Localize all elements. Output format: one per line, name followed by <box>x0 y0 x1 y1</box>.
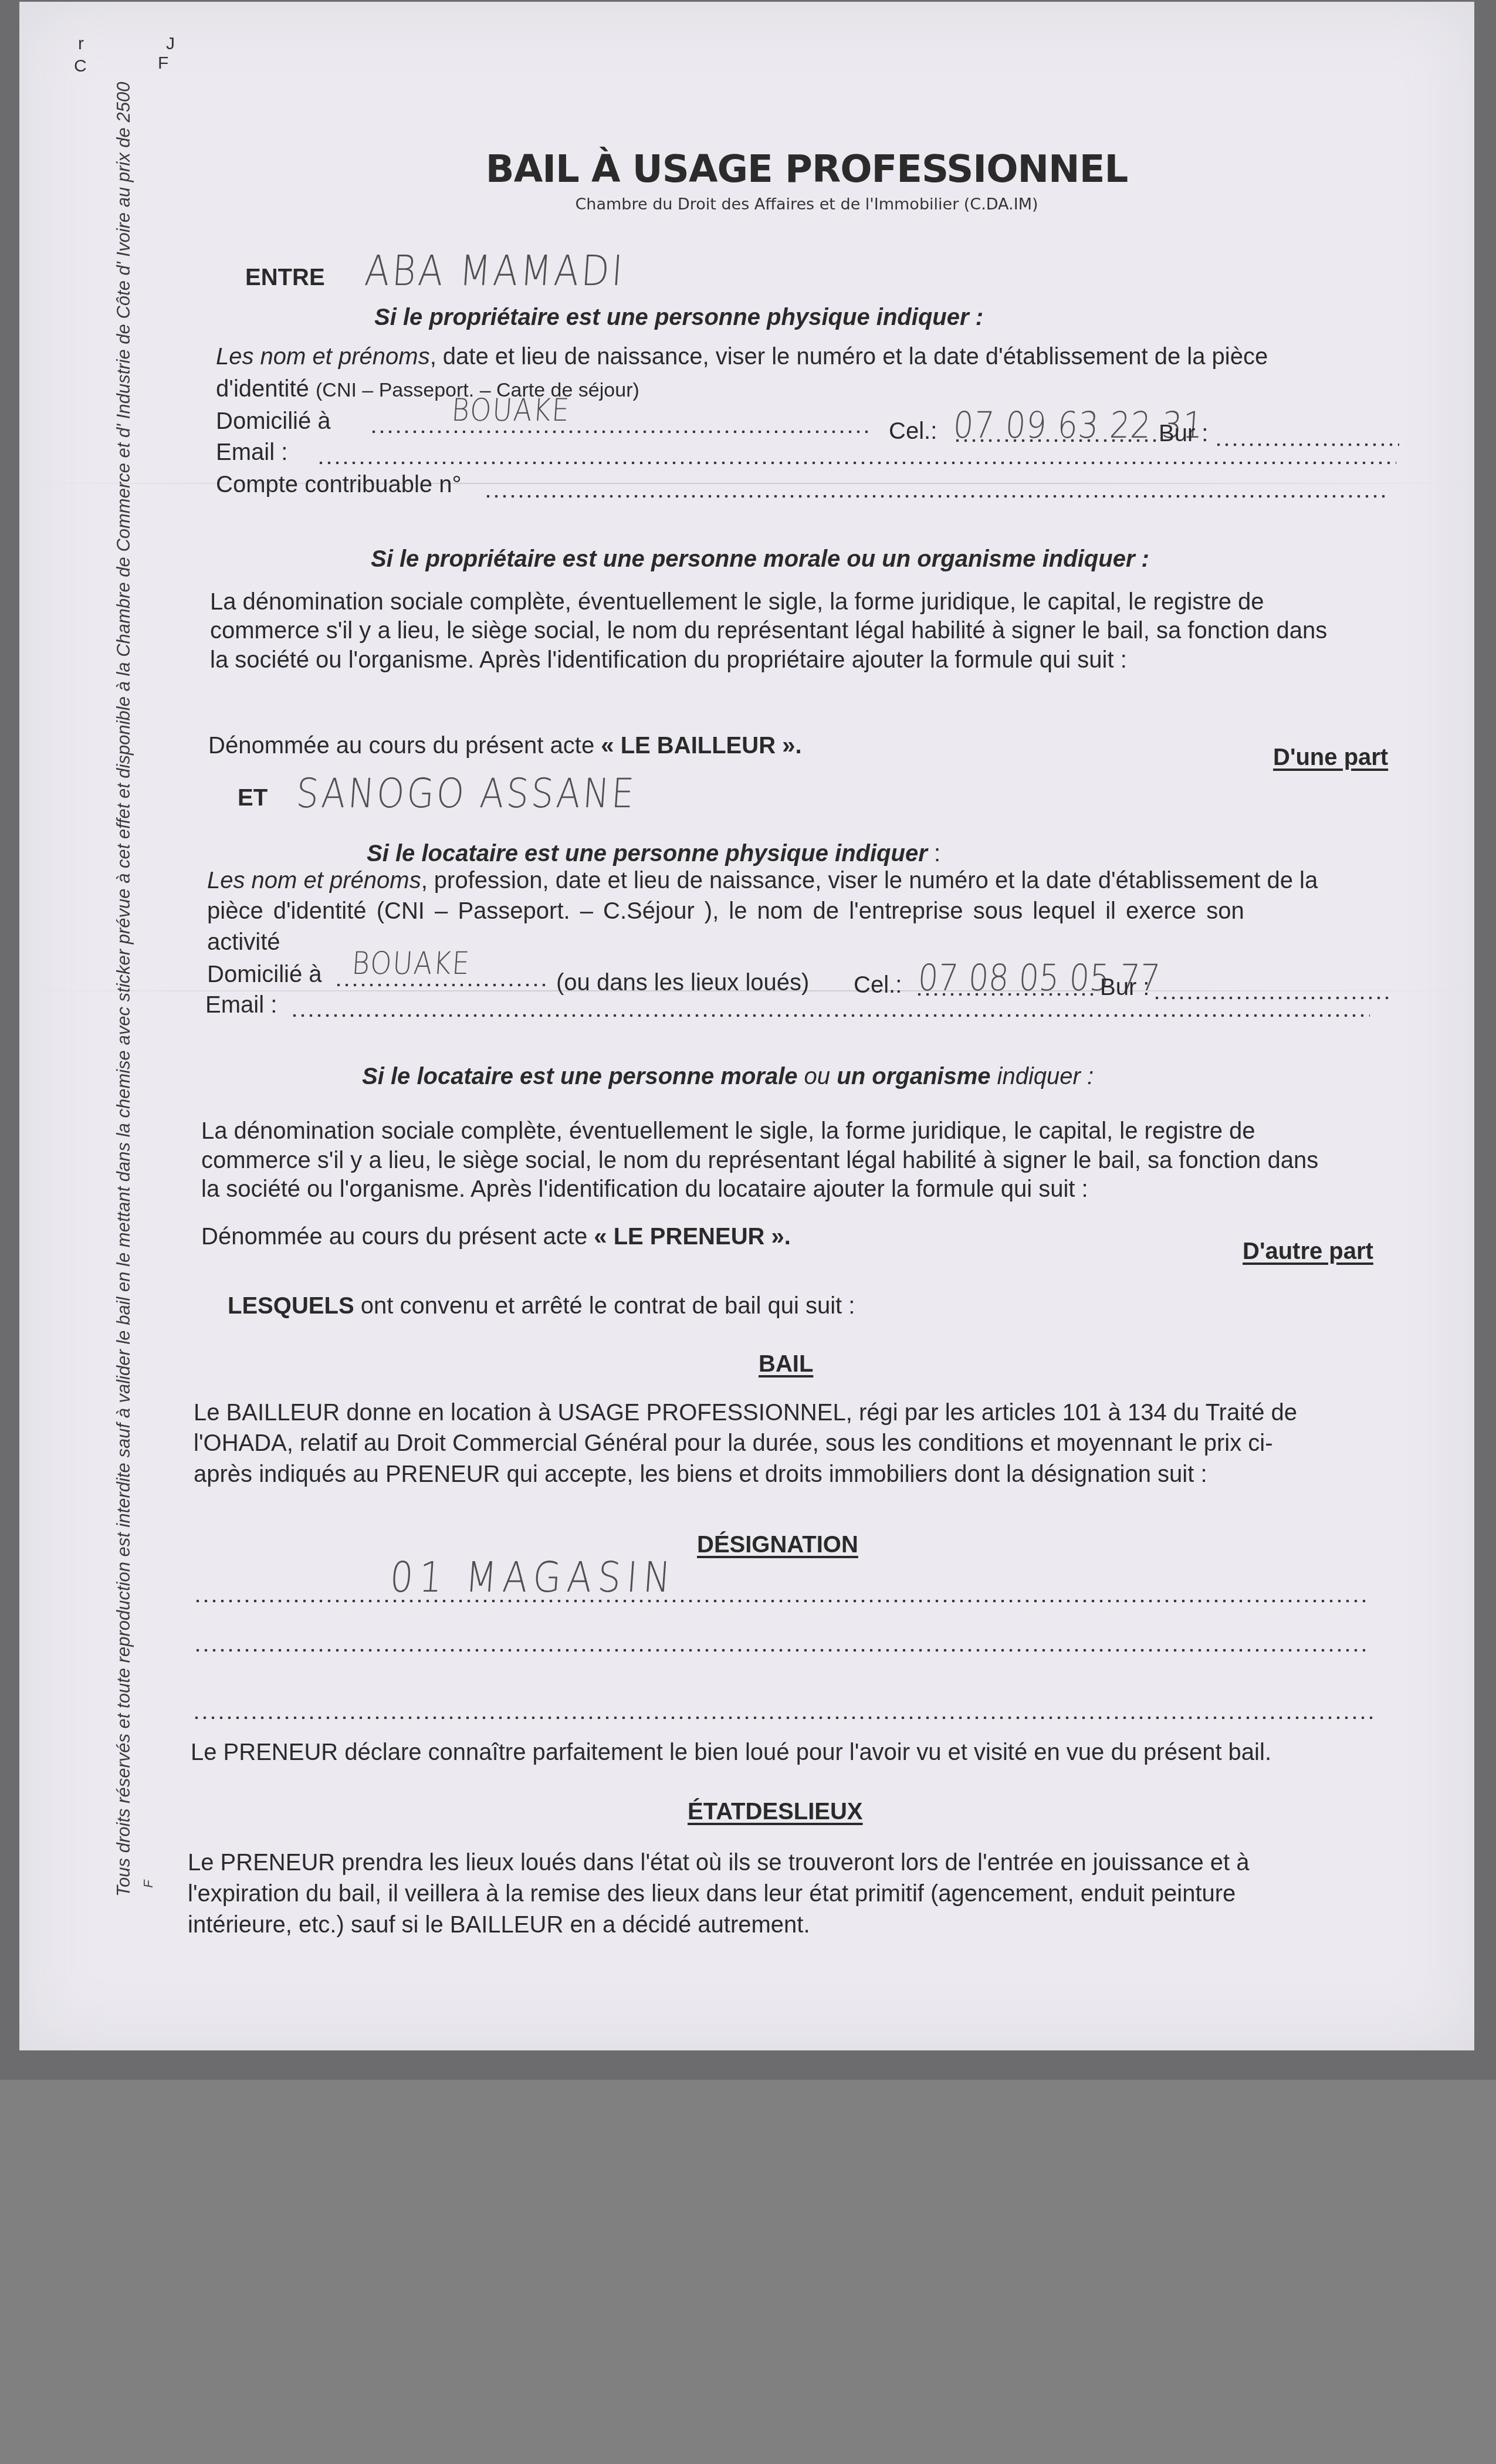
d-autre-part-label: D'autre part <box>1243 1238 1373 1265</box>
lesquels-statement: LESQUELS ont convenu et arrêté le contra… <box>228 1292 855 1319</box>
bailleur-physique-intro: Les nom et prénoms, date et lieu de nais… <box>216 343 1401 370</box>
designation-line-1[interactable] <box>194 1599 1367 1603</box>
copyright-sidebar: Tous droits réservés et toute reproducti… <box>113 82 134 1897</box>
bailleur-cel-label: Cel.: <box>889 418 937 445</box>
bailleur-morale-text-line: la société ou l'organisme. Après l'ident… <box>210 647 1127 673</box>
preneur-email-label: Email : <box>205 991 277 1018</box>
preneur-lieux-label: (ou dans les lieux loués) <box>556 969 809 996</box>
bail-text-line: après indiqués au PRENEUR qui accepte, l… <box>194 1461 1207 1488</box>
bail-text-line: l'OHADA, relatif au Droit Commercial Gén… <box>194 1430 1273 1457</box>
designation-heading: DÉSIGNATION <box>697 1531 858 1558</box>
bailleur-compte-field[interactable] <box>484 495 1387 498</box>
bailleur-compte-label: Compte contribuable n° <box>216 471 461 498</box>
preneur-morale-heading: Si le locataire est une personne morale … <box>362 1063 1094 1090</box>
corner-mark: C <box>74 56 87 76</box>
preneur-domicile-label: Domicilié à <box>207 961 322 988</box>
designation-note: Le PRENEUR déclare connaître parfaitemen… <box>191 1739 1271 1766</box>
bailleur-physique-intro-line2: d'identité (CNI – Passeport. – Carte de … <box>216 375 639 402</box>
et-label: ET <box>238 784 268 811</box>
bailleur-morale-text-line: commerce s'il y a lieu, le siège social,… <box>210 617 1327 644</box>
etat-text-line: intérieure, etc.) sauf si le BAILLEUR en… <box>188 1911 810 1938</box>
corner-mark: J <box>166 34 175 54</box>
preneur-denomination: Dénommée au cours du présent acte « LE P… <box>201 1223 791 1250</box>
bailleur-name-field[interactable]: ABA MAMADI <box>363 246 627 296</box>
entre-label: ENTRE <box>245 264 325 291</box>
bailleur-physique-heading: Si le propriétaire est une personne phys… <box>374 304 983 331</box>
bailleur-email-field[interactable] <box>317 461 1396 465</box>
etat-des-lieux-heading: ÉTATDESLIEUX <box>688 1798 863 1825</box>
bailleur-morale-text-line: La dénomination sociale complète, éventu… <box>210 588 1264 615</box>
page-title: BAIL À USAGE PROFESSIONNEL <box>0 148 1496 191</box>
bail-text-line: Le BAILLEUR donne en location à USAGE PR… <box>194 1399 1297 1426</box>
preneur-morale-text-line: la société ou l'organisme. Après l'ident… <box>201 1176 1088 1203</box>
preneur-morale-text-line: commerce s'il y a lieu, le siège social,… <box>201 1147 1318 1174</box>
preneur-bur-field[interactable] <box>1153 996 1390 1000</box>
bailleur-bur-field[interactable] <box>1214 443 1399 446</box>
preneur-domicile-line <box>334 983 546 987</box>
preneur-name-field[interactable]: SANOGO ASSANE <box>295 770 638 818</box>
bailleur-domicile-line <box>370 430 868 434</box>
corner-mark: r <box>78 34 84 54</box>
preneur-physique-intro-line: pièce d'identité (CNI – Passeport. – C.S… <box>207 898 1244 925</box>
designation-field[interactable]: 01 MAGASIN <box>388 1553 678 1602</box>
bailleur-domicile-label: Domicilié à <box>216 408 331 435</box>
preneur-morale-text-line: La dénomination sociale complète, éventu… <box>201 1118 1255 1145</box>
designation-line-2[interactable] <box>194 1649 1367 1652</box>
preneur-physique-intro-line: activité <box>207 929 280 956</box>
bailleur-email-label: Email : <box>216 439 287 466</box>
bailleur-denomination: Dénommée au cours du présent acte « LE B… <box>208 732 802 759</box>
etat-text-line: l'expiration du bail, il veillera à la r… <box>188 1880 1236 1907</box>
preneur-bur-label: Bur : <box>1100 974 1149 1001</box>
etat-text-line: Le PRENEUR prendra les lieux loués dans … <box>188 1849 1250 1876</box>
preneur-domicile-field[interactable]: BOUAKE <box>351 945 472 981</box>
bailleur-morale-heading: Si le propriétaire est une personne mora… <box>371 546 1149 573</box>
bailleur-domicile-field[interactable]: BOUAKE <box>451 392 571 428</box>
corner-mark: F <box>158 53 168 73</box>
preneur-cel-label: Cel.: <box>854 972 902 999</box>
preneur-email-field[interactable] <box>290 1014 1370 1017</box>
preneur-physique-intro: Les nom et prénoms, profession, date et … <box>207 867 1318 894</box>
bailleur-bur-label: Bur : <box>1159 420 1208 447</box>
sidebar-mark: F <box>141 1880 156 1888</box>
d-une-part-label: D'une part <box>1273 744 1388 771</box>
page-subtitle: Chambre du Droit des Affaires et de l'Im… <box>0 195 1496 214</box>
designation-line-3[interactable] <box>192 1716 1375 1720</box>
bail-heading: BAIL <box>759 1351 813 1377</box>
preneur-physique-heading: Si le locataire est une personne physiqu… <box>367 840 940 867</box>
